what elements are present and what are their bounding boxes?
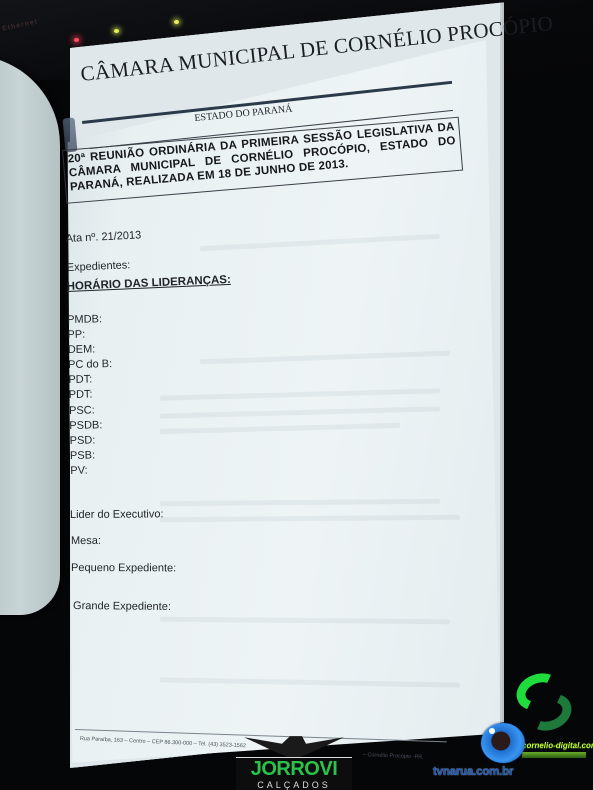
cs-logo-text: cornelio-digital.com <box>522 741 593 750</box>
document-content: CÂMARA MUNICIPAL DE CORNÉLIO PROCÓPIO ES… <box>0 0 593 790</box>
bleed-through-text <box>160 617 450 625</box>
jorrovi-logo: JORROVI CALÇADOS <box>236 735 352 790</box>
liderancas-heading: HORÁRIO DAS LIDERANÇAS: <box>66 274 231 293</box>
party-item: PMDB: <box>67 312 111 328</box>
party-item: PSC: <box>69 403 113 419</box>
bleed-through-text <box>160 515 460 523</box>
party-item: PV: <box>70 463 114 479</box>
letterhead-rule <box>82 81 452 124</box>
lider-executivo-label: Lider do Executivo: <box>70 508 164 521</box>
session-title: 20ª REUNIÃO ORDINÁRIA DA PRIMEIRA SESSÃO… <box>67 120 457 194</box>
eye-logo-icon <box>481 723 525 763</box>
footer-city: – Cornélio Procópio -PR. <box>363 752 424 761</box>
party-item: PSDB: <box>69 418 113 434</box>
bleed-through-text <box>200 234 440 252</box>
eagle-icon <box>244 735 344 757</box>
party-item: PP: <box>67 327 111 343</box>
cs-logo-icon <box>512 672 576 734</box>
party-item: PSB: <box>70 448 114 464</box>
bleed-through-text <box>160 499 440 506</box>
bleed-through-text <box>160 388 440 400</box>
mesa-label: Mesa: <box>71 535 101 547</box>
pequeno-expediente-label: Pequeno Expediente: <box>71 562 176 574</box>
jorrovi-name: JORROVI <box>236 757 352 780</box>
party-item: PSD: <box>70 433 114 449</box>
bleed-through-text <box>160 677 460 687</box>
footer-address: Rua Paraíba, 163 – Centro – CEP 86.300-0… <box>80 736 246 749</box>
expedientes-label: Expedientes: <box>66 259 130 274</box>
bleed-through-text <box>160 406 440 418</box>
eye-logo-shine <box>489 728 495 734</box>
jorrovi-tagline: CALÇADOS <box>236 780 352 790</box>
bleed-through-text <box>160 423 400 434</box>
curled-left-page <box>0 55 60 615</box>
party-item: DEM: <box>68 342 112 358</box>
letterhead-title: CÂMARA MUNICIPAL DE CORNÉLIO PROCÓPIO <box>79 11 554 87</box>
municipal-crest-icon <box>63 118 78 153</box>
cs-logo-bar <box>522 752 586 758</box>
ata-number: Ata nº. 21/2013 <box>65 229 141 245</box>
tv-site-url: tvnarua.com.br <box>433 766 513 778</box>
grande-expediente-label: Grande Expediente: <box>73 600 171 613</box>
party-list: PMDB: PP: DEM: PC do B: PDT: PDT: PSC: P… <box>67 312 114 479</box>
bleed-through-text <box>200 351 450 365</box>
party-item: PDT: <box>69 388 113 404</box>
party-item: PDT: <box>68 372 112 388</box>
party-item: PC do B: <box>68 357 112 373</box>
